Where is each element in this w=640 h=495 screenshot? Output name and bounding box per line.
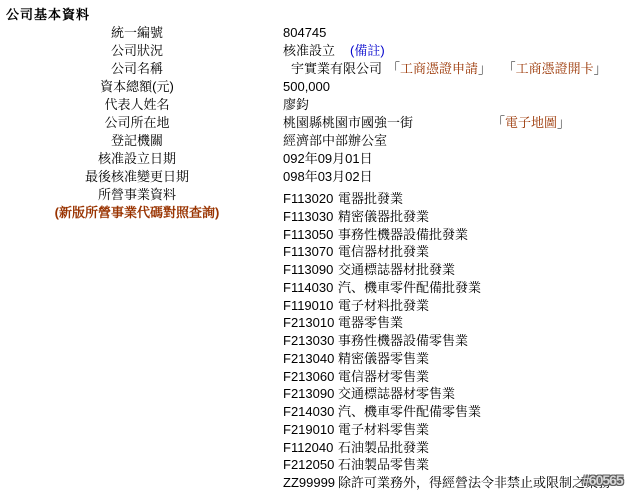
business-item-code: F213090: [283, 385, 338, 403]
business-item-name: 事務性機器設備零售業: [338, 333, 468, 348]
open-bracket: 「: [387, 61, 400, 76]
business-item-name: 電器零售業: [338, 315, 403, 330]
established-date-value: 092年09月01日: [274, 150, 640, 168]
business-item: F113020電器批發業: [283, 190, 640, 208]
registry-value: 經濟部中部辦公室: [274, 132, 640, 150]
last-change-date-label: 最後核准變更日期: [0, 168, 274, 186]
business-item-code: ZZ99999: [283, 474, 338, 492]
field-row-registry: 登記機關 經濟部中部辦公室: [0, 132, 640, 150]
cert-apply-link[interactable]: 工商憑證申請: [400, 61, 478, 76]
business-scope-section: 所營事業資料 (新版所營事業代碼對照查詢) F113020電器批發業 F1130…: [0, 186, 640, 492]
business-item-code: F113030: [283, 208, 338, 226]
business-item: F213040精密儀器零售業: [283, 350, 640, 368]
business-item-name: 交通標誌器材批發業: [338, 262, 455, 277]
business-item-name: 電信器材批發業: [338, 244, 429, 259]
cert-activate-link[interactable]: 工商憑證開卡: [516, 61, 594, 76]
company-name-label: 公司名稱: [0, 60, 274, 78]
business-item-name: 除許可業務外，得經營法令非禁止或限制之業務: [338, 475, 611, 490]
status-value: 核准設立: [283, 43, 335, 58]
business-item-name: 電器批發業: [338, 191, 403, 206]
electronic-map-link[interactable]: 電子地圖: [505, 115, 557, 130]
business-item: F113070電信器材批發業: [283, 243, 640, 261]
business-scope-label-block: 所營事業資料 (新版所營事業代碼對照查詢): [0, 186, 274, 492]
business-item-code: F113020: [283, 190, 338, 208]
uniform-id-value: 804745: [274, 24, 640, 42]
address-cell: 桃園縣桃園市國強一街 「電子地圖」: [274, 114, 640, 132]
business-item-name: 事務性機器設備批發業: [338, 227, 468, 242]
business-item-name: 石油製品零售業: [338, 457, 429, 472]
status-note-link[interactable]: (備註): [350, 43, 385, 58]
open-bracket: 「: [492, 115, 505, 130]
business-scope-label: 所營事業資料: [0, 186, 274, 204]
business-item: F214030汽、機車零件配備零售業: [283, 403, 640, 421]
close-bracket: 」: [557, 115, 570, 130]
status-value-cell: 核准設立(備註): [274, 42, 640, 60]
business-item-name: 汽、機車零件配備批發業: [338, 280, 481, 295]
business-item-code: F219010: [283, 421, 338, 439]
field-row-representative: 代表人姓名 廖鈞: [0, 96, 640, 114]
business-item-code: F114030: [283, 279, 338, 297]
representative-value: 廖鈞: [274, 96, 640, 114]
business-item-name: 石油製品批發業: [338, 440, 429, 455]
business-item-code: F113050: [283, 226, 338, 244]
company-name-cell: 宇實業有限公司「工商憑證申請」「工商憑證開卡」: [274, 60, 640, 78]
business-item-code: F213060: [283, 368, 338, 386]
business-item-code: F119010: [283, 297, 338, 315]
field-row-established-date: 核准設立日期 092年09月01日: [0, 150, 640, 168]
business-item-code: F112040: [283, 439, 338, 457]
close-bracket: 」: [594, 61, 607, 76]
field-row-address: 公司所在地 桃園縣桃園市國強一街 「電子地圖」: [0, 114, 640, 132]
business-item-name: 精密儀器零售業: [338, 351, 429, 366]
code-lookup-link[interactable]: (新版所營事業代碼對照查詢): [55, 205, 220, 220]
business-item-name: 電子材料零售業: [338, 422, 429, 437]
business-item: F114030汽、機車零件配備批發業: [283, 279, 640, 297]
field-row-last-change-date: 最後核准變更日期 098年03月02日: [0, 168, 640, 186]
business-item-code: F213010: [283, 314, 338, 332]
watermark-id: #60565: [582, 472, 623, 488]
business-item: F113030精密儀器批發業: [283, 208, 640, 226]
business-item-code: F213030: [283, 332, 338, 350]
business-item-code: F113070: [283, 243, 338, 261]
company-info-table: 統一編號 804745 公司狀況 核准設立(備註) 公司名稱 宇實業有限公司「工…: [0, 24, 640, 492]
close-bracket: 」: [478, 61, 491, 76]
company-name-value: 宇實業有限公司: [291, 61, 382, 76]
business-item-name: 汽、機車零件配備零售業: [338, 404, 481, 419]
business-item-code: F214030: [283, 403, 338, 421]
business-item: F113050事務性機器設備批發業: [283, 226, 640, 244]
field-row-capital: 資本總額(元) 500,000: [0, 78, 640, 96]
capital-value: 500,000: [274, 78, 640, 96]
capital-label: 資本總額(元): [0, 78, 274, 96]
business-item: F112040石油製品批發業: [283, 439, 640, 457]
business-item: F119010電子材料批發業: [283, 297, 640, 315]
business-item-name: 交通標誌器材零售業: [338, 386, 455, 401]
business-item: F213060電信器材零售業: [283, 368, 640, 386]
address-value: 桃園縣桃園市國強一街: [283, 115, 413, 130]
field-row-uniform-id: 統一編號 804745: [0, 24, 640, 42]
business-item-code: F212050: [283, 456, 338, 474]
field-row-company-name: 公司名稱 宇實業有限公司「工商憑證申請」「工商憑證開卡」: [0, 60, 640, 78]
business-item-name: 電信器材零售業: [338, 369, 429, 384]
status-label: 公司狀況: [0, 42, 274, 60]
business-item: F219010電子材料零售業: [283, 421, 640, 439]
uniform-id-label: 統一編號: [0, 24, 274, 42]
field-row-status: 公司狀況 核准設立(備註): [0, 42, 640, 60]
business-item: F213030事務性機器設備零售業: [283, 332, 640, 350]
business-item-code: F213040: [283, 350, 338, 368]
business-item: F213010電器零售業: [283, 314, 640, 332]
registry-label: 登記機關: [0, 132, 274, 150]
representative-label: 代表人姓名: [0, 96, 274, 114]
company-basic-info-page: 公司基本資料 統一編號 804745 公司狀況 核准設立(備註) 公司名稱 宇實…: [0, 0, 640, 495]
business-item-code: F113090: [283, 261, 338, 279]
business-item: F113090交通標誌器材批發業: [283, 261, 640, 279]
page-title: 公司基本資料: [6, 4, 90, 23]
business-item: F213090交通標誌器材零售業: [283, 385, 640, 403]
address-label: 公司所在地: [0, 114, 274, 132]
last-change-date-value: 098年03月02日: [274, 168, 640, 186]
business-items-list: F113020電器批發業 F113030精密儀器批發業 F113050事務性機器…: [274, 190, 640, 492]
business-item-name: 電子材料批發業: [338, 298, 429, 313]
established-date-label: 核准設立日期: [0, 150, 274, 168]
business-item-name: 精密儀器批發業: [338, 209, 429, 224]
map-link-group: 「電子地圖」: [492, 114, 570, 132]
